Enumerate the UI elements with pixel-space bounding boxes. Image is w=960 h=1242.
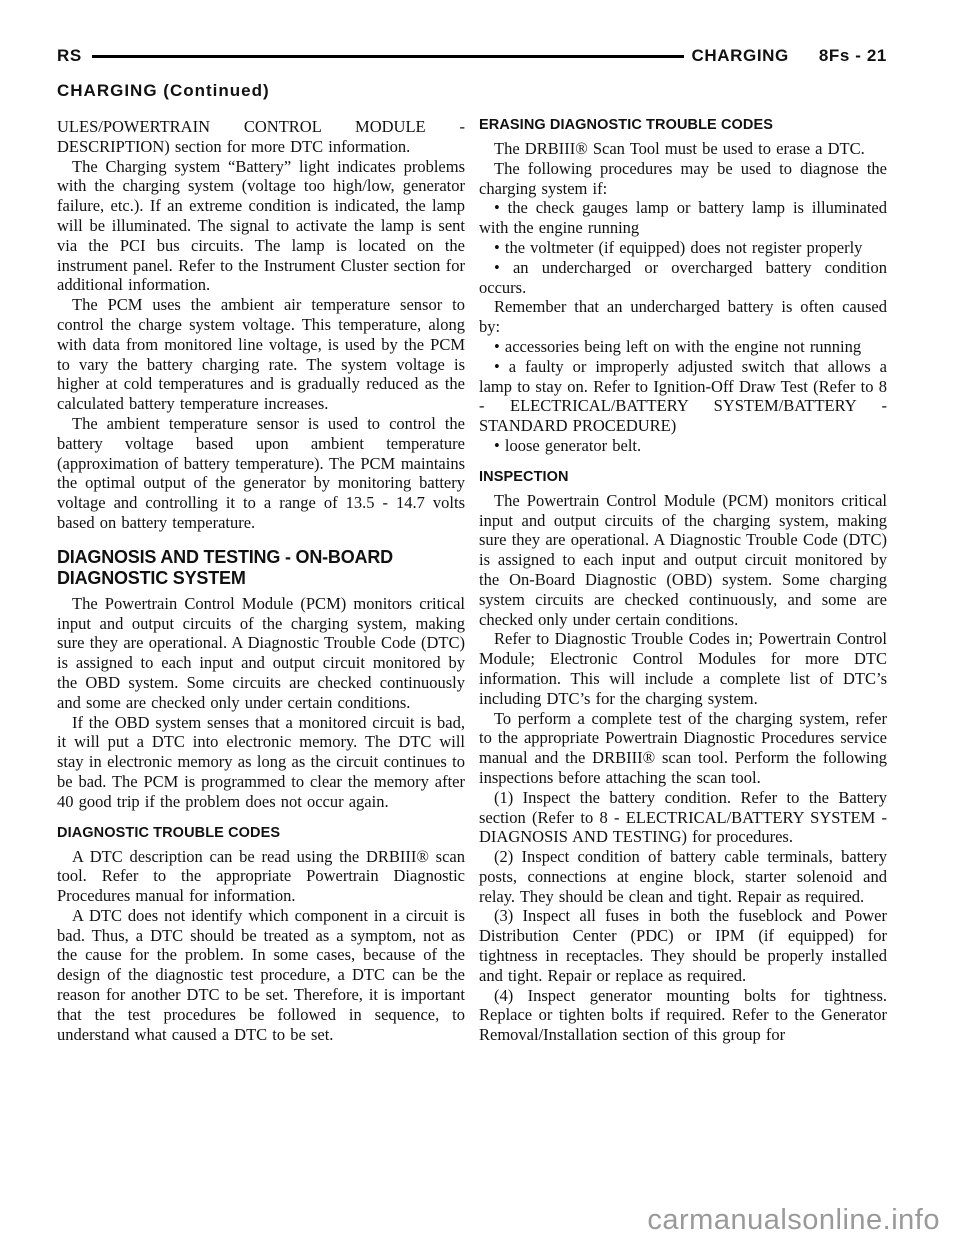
numbered-step: (4) Inspect generator mounting bolts for…: [479, 986, 887, 1045]
paragraph: The Powertrain Control Module (PCM) moni…: [57, 594, 465, 713]
continued-title: CHARGING (Continued): [57, 81, 960, 101]
paragraph: To perform a complete test of the chargi…: [479, 709, 887, 788]
bullet-item: • the check gauges lamp or battery lamp …: [479, 198, 887, 238]
section-heading-diagnosis-and-testing: DIAGNOSIS AND TESTING - ON-BOARD DIAGNOS…: [57, 547, 465, 589]
paragraph: The Powertrain Control Module (PCM) moni…: [479, 491, 887, 630]
header-rule: [92, 55, 684, 58]
subheading-diagnostic-trouble-codes: DIAGNOSTIC TROUBLE CODES: [57, 825, 465, 842]
bullet-item: • the voltmeter (if equipped) does not r…: [479, 238, 887, 258]
paragraph: The ambient temperature sensor is used t…: [57, 414, 465, 533]
bullet-item: • an undercharged or overcharged battery…: [479, 258, 887, 298]
numbered-step: (2) Inspect condition of battery cable t…: [479, 847, 887, 906]
left-column: ULES/POWERTRAIN CONTROL MODULE - DESCRIP…: [57, 115, 465, 1045]
running-header: RS CHARGING 8Fs - 21: [57, 46, 887, 66]
numbered-step: (3) Inspect all fuses in both the fusebl…: [479, 906, 887, 985]
paragraph: Refer to Diagnostic Trouble Codes in; Po…: [479, 629, 887, 708]
section-title: CHARGING: [692, 46, 789, 66]
paragraph: The DRBIII® Scan Tool must be used to er…: [479, 139, 887, 159]
manual-page: RS CHARGING 8Fs - 21 CHARGING (Continued…: [0, 0, 960, 1242]
numbered-step: (1) Inspect the battery condition. Refer…: [479, 788, 887, 847]
bullet-item: • a faulty or improperly adjusted switch…: [479, 357, 887, 436]
paragraph: ULES/POWERTRAIN CONTROL MODULE - DESCRIP…: [57, 117, 465, 157]
paragraph: Remember that an undercharged battery is…: [479, 297, 887, 337]
model-code: RS: [57, 46, 82, 66]
page-number: 8Fs - 21: [819, 46, 887, 66]
paragraph: The PCM uses the ambient air temperature…: [57, 295, 465, 414]
paragraph: If the OBD system senses that a monitore…: [57, 713, 465, 812]
two-column-body: ULES/POWERTRAIN CONTROL MODULE - DESCRIP…: [57, 115, 887, 1045]
paragraph: The following procedures may be used to …: [479, 159, 887, 199]
subheading-inspection: INSPECTION: [479, 469, 887, 486]
bullet-item: • loose generator belt.: [479, 436, 887, 456]
paragraph: A DTC does not identify which component …: [57, 906, 465, 1045]
right-column: ERASING DIAGNOSTIC TROUBLE CODES The DRB…: [479, 115, 887, 1045]
paragraph: A DTC description can be read using the …: [57, 847, 465, 906]
bullet-item: • accessories being left on with the eng…: [479, 337, 887, 357]
site-watermark: carmanualsonline.info: [647, 1204, 940, 1237]
paragraph: The Charging system “Battery” light indi…: [57, 157, 465, 296]
subheading-erasing-diagnostic-trouble-codes: ERASING DIAGNOSTIC TROUBLE CODES: [479, 117, 887, 134]
